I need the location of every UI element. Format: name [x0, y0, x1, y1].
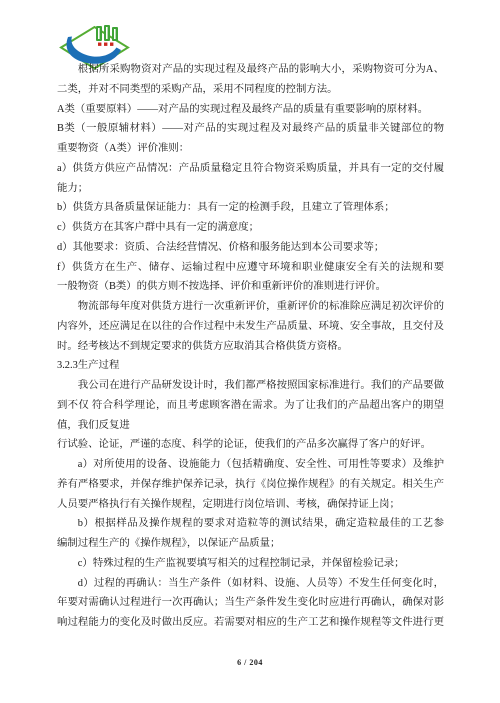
- text-line: 我公司在进行产品研发设计时，我们都严格按照国家标准进行。我们的产品要做: [57, 376, 444, 396]
- page-number: 6 / 204: [0, 658, 500, 667]
- text-line: 行试验、论证，严谨的态度、科学的论证，使我们的产品多次赢得了客户的好评。: [57, 435, 444, 455]
- text-line: 值，我们反复进: [57, 416, 444, 436]
- text-line: 二类，并对不同类型的采购产品，采用不同程度的控制方法。: [57, 80, 444, 100]
- text-line: 重要物资（A类）评价准则：: [57, 139, 444, 159]
- text-line: a）对所使用的设备、设施能力（包括精确度、安全性、可用性等要求）及维护保: [57, 455, 444, 475]
- text-line: 到不仅 符合科学理论，而且考虑顾客潜在需求。为了让我们的产品超出客户的期望: [57, 396, 444, 416]
- text-line: 养有严格要求，并保存维护保养记录，执行《岗位操作规程》的有关规定。相关生产: [57, 475, 444, 495]
- text-line: d）过程的再确认：当生产条件（如材料、设施、人员等）不发生任何变化时，每: [57, 574, 444, 594]
- text-line: B类（一般原辅材料）——对产品的实现过程及对最终产品的质量非关键部位的物资。: [57, 119, 444, 139]
- text-line: 人员要严格执行有关操作规程，定期进行岗位培训、考核，确保持证上岗；: [57, 495, 444, 515]
- text-line: 能力；: [57, 179, 444, 199]
- text-line: 时。经考核达不到规定要求的供货方应取消其合格供货方资格。: [57, 337, 444, 357]
- text-line: 物流部每年度对供货方进行一次重新评价，重新评价的标准除应满足初次评价的: [57, 297, 444, 317]
- text-line: c）特殊过程的生产监视要填写相关的过程控制记录，并保留检验记录；: [57, 554, 444, 574]
- text-line: 一般物资（B类）的供方则不按选择、评价和重新评价的准则进行评价。: [57, 277, 444, 297]
- text-line: 年要对需确认过程进行一次再确认；当生产条件发生变化时应进行再确认，确保对影: [57, 593, 444, 613]
- text-line: f）供货方在生产、储存、运输过程中应遵守环境和职业健康安全有关的法规和要求。: [57, 258, 444, 278]
- text-line: b）供货方具备质量保证能力：具有一定的检测手段，且建立了管理体系；: [57, 198, 444, 218]
- text-line: A类（重要原料）——对产品的实现过程及最终产品的质量有重要影响的原材料。: [57, 100, 444, 120]
- document-page: 根据所采购物资对产品的实现过程及最终产品的影响大小，采购物资可分为A、B二类，并…: [0, 0, 500, 703]
- document-body: 根据所采购物资对产品的实现过程及最终产品的影响大小，采购物资可分为A、B二类，并…: [57, 60, 444, 633]
- text-line: d）其他要求：资质、合法经营情况、价格和服务能达到本公司要求等；: [57, 238, 444, 258]
- text-line: c）供货方在其客户群中具有一定的满意度；: [57, 218, 444, 238]
- text-line: a）供货方供应产品情况：产品质量稳定且符合物资采购质量，并具有一定的交付履约: [57, 159, 444, 179]
- logo-bars: [96, 25, 118, 41]
- section-heading: 3.2.3生产过程: [57, 356, 444, 376]
- text-line: b）根据样品及操作规程的要求对造粒等的测试结果，确定造粒最佳的工艺参数，: [57, 514, 444, 534]
- text-line: 编制过程生产的《操作规程》，以保证产品质量；: [57, 534, 444, 554]
- text-line: 响过程能力的变化及时做出反应。若需要对相应的生产工艺和操作规程等文件进行更: [57, 613, 444, 633]
- text-line: 根据所采购物资对产品的实现过程及最终产品的影响大小，采购物资可分为A、B: [57, 60, 444, 80]
- text-line: 内容外，还应满足在以往的合作过程中未发生产品质量、环境、安全事故，且交付及: [57, 317, 444, 337]
- logo-red-marks: [98, 43, 113, 46]
